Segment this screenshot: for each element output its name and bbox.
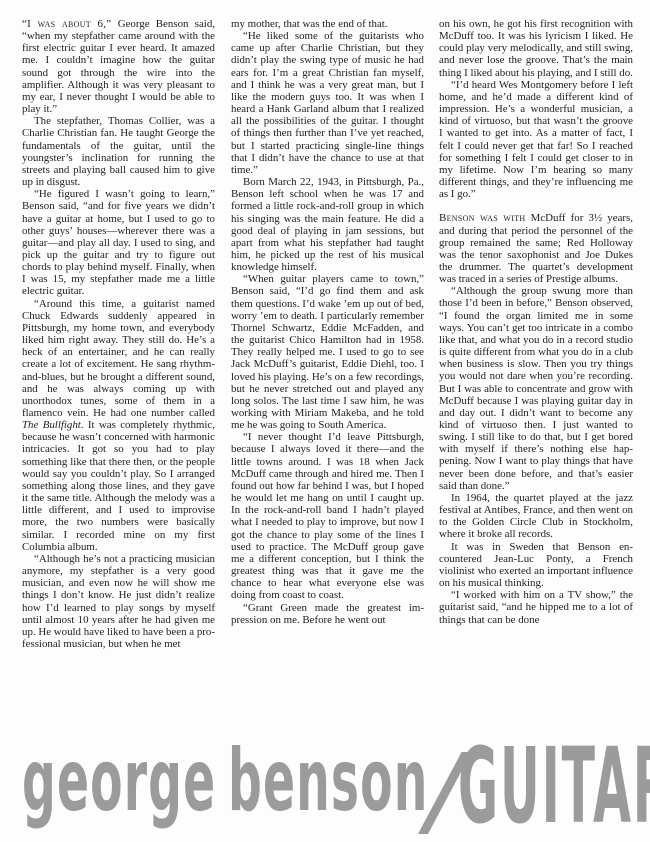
paragraph: “I’d heard Wes Montgomery before I left … [439,79,633,201]
paragraph: “Around this time, a guitarist named Chu… [22,298,215,553]
headline-first-name: george [22,738,216,824]
headline-section-guitar: GUITAR [458,734,650,838]
section-break-paragraph: Benson was with McDuff for 3½ years, and… [439,212,633,285]
paragraph: “When guitar players came to town,” Bens… [231,273,424,431]
paragraph: Born March 22, 1943, in Pittsburgh, Pa.,… [231,176,424,273]
paragraph: “I worked with him on a TV show,” the gu… [439,589,633,625]
paragraph: “He figured I wasn’t going to learn,” Be… [22,188,215,297]
paragraph: The stepfather, Thomas Collier, was a Ch… [22,115,215,188]
paragraph: “Although the group swung more than thos… [439,285,633,492]
lead-in-small-caps: Benson was with [439,212,526,224]
paragraph: “Although he’s not a practicing musician… [22,553,215,650]
lead-in-small-caps: “I was about 6,” [22,18,111,30]
article-column-3: on his own, he got his first recognition… [439,18,633,626]
paragraph: “I was about 6,” George Benson said, “wh… [22,18,215,115]
paragraph: It was in Sweden that Benson en­countere… [439,541,633,590]
paragraph: “He liked some of the guitarists who cam… [231,30,424,176]
article-column-1: “I was about 6,” George Benson said, “wh… [22,18,215,650]
article-column-2: my mother, that was the end of that. “He… [231,18,424,626]
paragraph: In 1964, the quartet played at the jazz … [439,492,633,541]
magazine-page: “I was about 6,” George Benson said, “wh… [0,0,650,842]
paragraph: on his own, he got his first recognition… [439,18,633,79]
headline-surname: benson [228,738,429,824]
song-title-italic: The Bullfight [22,419,81,431]
paragraph: “I never thought I’d leave Pittsburgh, b… [231,431,424,601]
paragraph: my mother, that was the end of that. [231,18,424,30]
paragraph: “Grant Green made the greatest im­pressi… [231,602,424,626]
